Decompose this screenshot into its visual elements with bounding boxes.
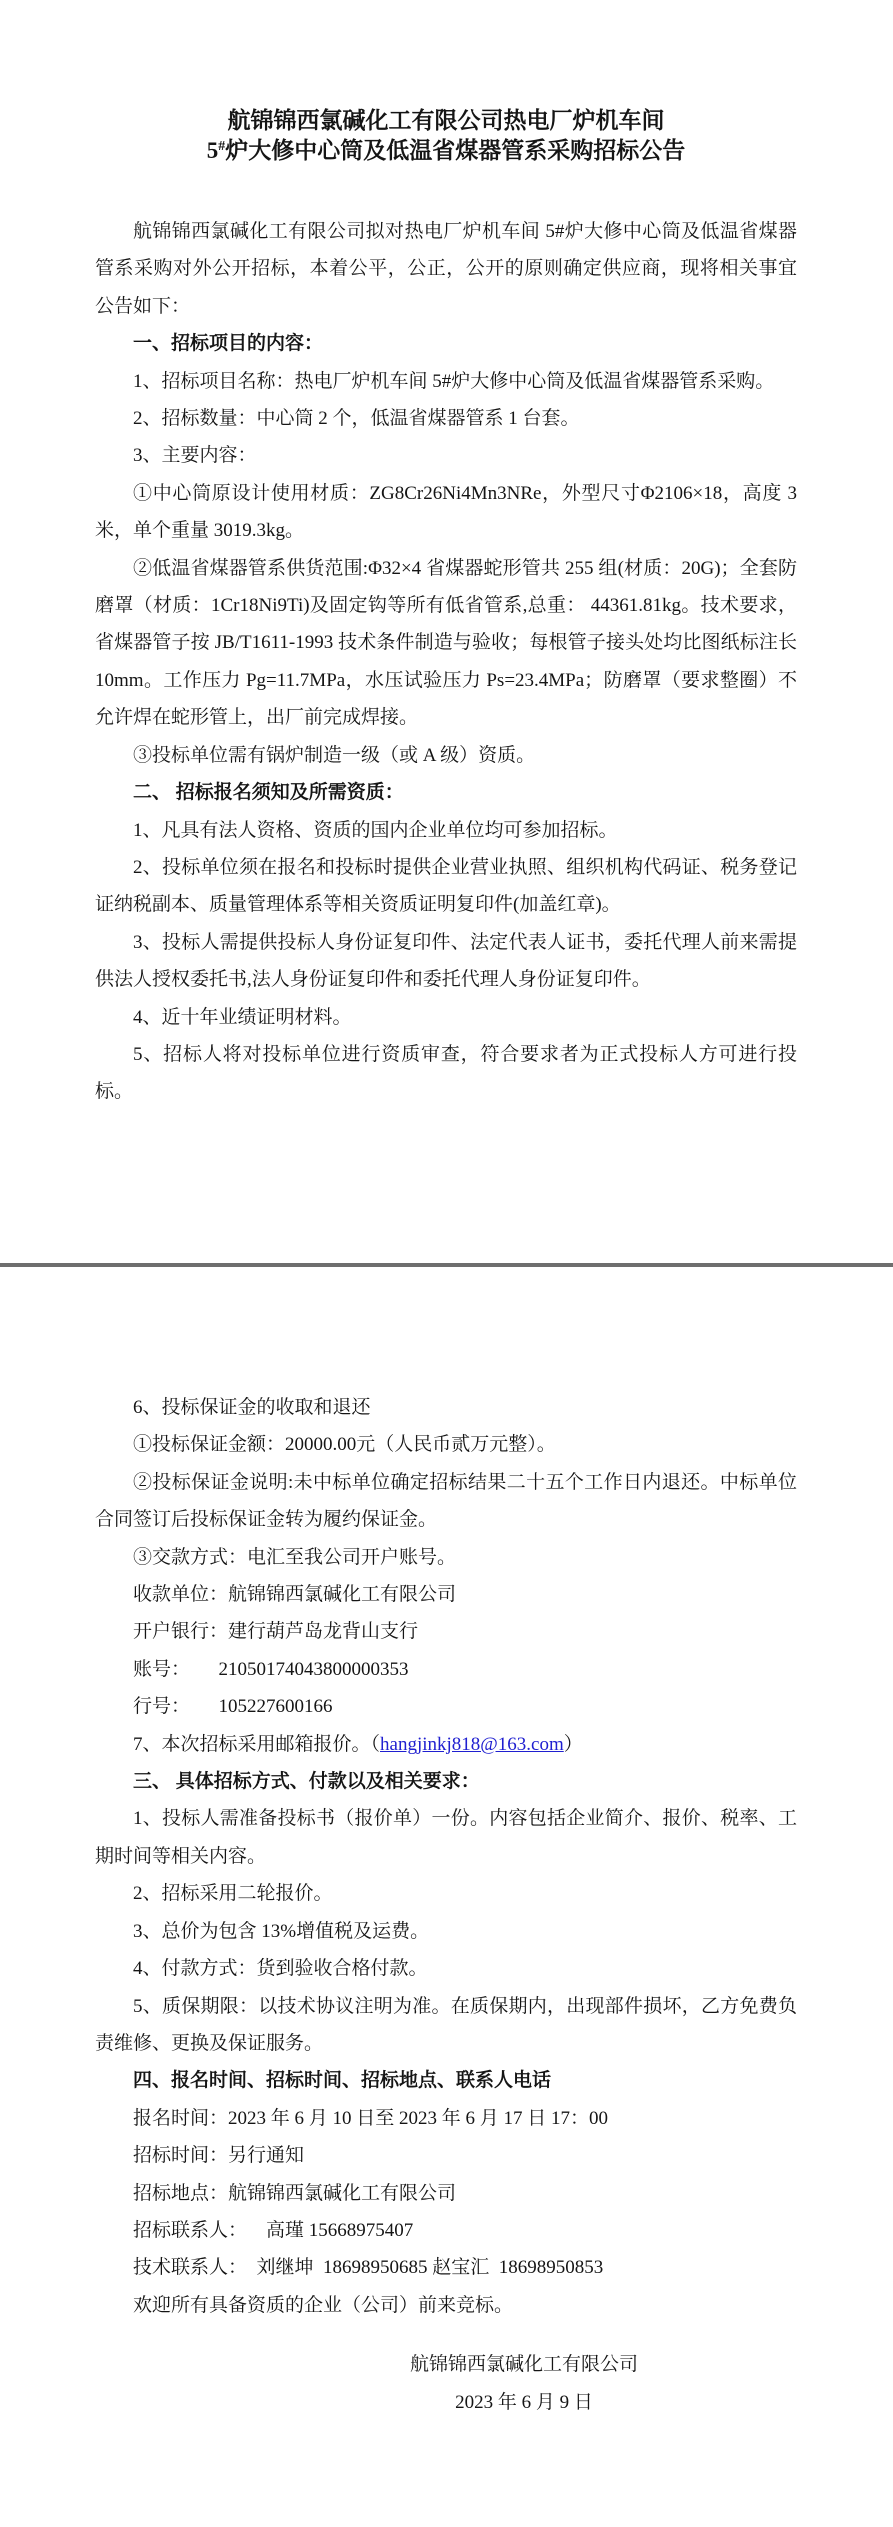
section-2-heading: 二、 招标报名须知及所需资质： <box>95 774 797 811</box>
welcome-line: 欢迎所有具备资质的企业（公司）前来竞标。 <box>95 2287 797 2324</box>
item-performance-proof: 4、近十年业绩证明材料。 <box>95 999 797 1036</box>
title-furnace-number: 5 <box>207 138 219 163</box>
title-hash-superscript: # <box>218 138 225 153</box>
signature-date: 2023 年 6 月 9 日 <box>251 2384 797 2421</box>
email-line-suffix: ） <box>564 1734 583 1755</box>
bank-account-line: 账号： 21050174043800000353 <box>95 1651 797 1688</box>
item-project-name: 1、招标项目名称：热电厂炉机车间 5#炉大修中心筒及低温省煤器管系采购。 <box>95 363 797 400</box>
item-bid-bond-terms: ②投标保证金说明:未中标单位确定招标结果二十五个工作日内退还。中标单位合同签订后… <box>95 1464 797 1539</box>
title-line-2-text: 炉大修中心筒及低温省煤器管系采购招标公告 <box>225 138 685 163</box>
section-1-heading: 一、招标项目的内容： <box>95 325 797 362</box>
section-4-heading: 四、报名时间、招标时间、招标地点、联系人电话 <box>95 2062 797 2099</box>
item-warranty: 5、质保期限：以技术协议注明为准。在质保期内，出现部件损坏，乙方免费负责维修、更… <box>95 1988 797 2063</box>
page-1: 航锦锦西氯碱化工有限公司热电厂炉机车间 5#炉大修中心筒及低温省煤器管系采购招标… <box>0 0 893 1263</box>
item-bid-quantity: 2、招标数量：中心筒 2 个，低温省煤器管系 1 台套。 <box>95 400 797 437</box>
item-eligibility: 1、凡具有法人资格、资质的国内企业单位均可参加招标。 <box>95 812 797 849</box>
section-3-heading: 三、 具体招标方式、付款以及相关要求： <box>95 1763 797 1800</box>
item-tax-freight: 3、总价为包含 13%增值税及运费。 <box>95 1913 797 1950</box>
page-2: 6、投标保证金的收取和退还 ①投标保证金额：20000.00元（人民币贰万元整）… <box>0 1267 893 2527</box>
item-qualification-review: 5、招标人将对投标单位进行资质审查，符合要求者为正式投标人方可进行投标。 <box>95 1036 797 1111</box>
bid-location-line: 招标地点：航锦锦西氯碱化工有限公司 <box>95 2175 797 2212</box>
bid-contact-line: 招标联系人： 高瑾 15668975407 <box>95 2212 797 2249</box>
item-center-cylinder-spec: ①中心筒原设计使用材质：ZG8Cr26Ni4Mn3NRe，外型尺寸Φ2106×1… <box>95 475 797 550</box>
signature-company: 航锦锦西氯碱化工有限公司 <box>251 2346 797 2383</box>
item-economizer-scope: ②低温省煤器管系供货范围:Φ32×4 省煤器蛇形管共 255 组(材质：20G)… <box>95 550 797 737</box>
technical-contact-line: 技术联系人： 刘继坤 18698950685 赵宝汇 18698950853 <box>95 2249 797 2286</box>
signature-block: 航锦锦西氯碱化工有限公司 2023 年 6 月 9 日 <box>95 2346 797 2421</box>
bid-time-line: 招标时间：另行通知 <box>95 2137 797 2174</box>
registration-time-line: 报名时间：2023 年 6 月 10 日至 2023 年 6 月 17 日 17… <box>95 2100 797 2137</box>
document-title-line-2: 5#炉大修中心筒及低温省煤器管系采购招标公告 <box>95 136 797 169</box>
bank-branch-code-line: 行号： 105227600166 <box>95 1688 797 1725</box>
email-line-prefix: 7、本次招标采用邮箱报价。（ <box>133 1734 380 1755</box>
item-bid-bond-heading: 6、投标保证金的收取和退还 <box>95 1389 797 1426</box>
item-boiler-qualification: ③投标单位需有锅炉制造一级（或 A 级）资质。 <box>95 737 797 774</box>
item-payment-terms: 4、付款方式：货到验收合格付款。 <box>95 1950 797 1987</box>
item-license-documents: 2、投标单位须在报名和投标时提供企业营业执照、组织机构代码证、税务登记证纳税副本… <box>95 849 797 924</box>
item-bid-bond-amount: ①投标保证金额：20000.00元（人民币贰万元整）。 <box>95 1426 797 1463</box>
payee-name-line: 收款单位：航锦锦西氯碱化工有限公司 <box>95 1576 797 1613</box>
tender-announcement-document: 航锦锦西氯碱化工有限公司热电厂炉机车间 5#炉大修中心筒及低温省煤器管系采购招标… <box>0 0 893 2527</box>
email-quote-line: 7、本次招标采用邮箱报价。（hangjinkj818@163.com） <box>95 1726 797 1763</box>
item-two-round-quote: 2、招标采用二轮报价。 <box>95 1875 797 1912</box>
document-title-line-1: 航锦锦西氯碱化工有限公司热电厂炉机车间 <box>95 106 797 136</box>
item-identity-documents: 3、投标人需提供投标人身份证复印件、法定代表人证书，委托代理人前来需提供法人授权… <box>95 924 797 999</box>
title-spacer <box>95 169 797 213</box>
item-bid-book: 1、投标人需准备投标书（报价单）一份。内容包括企业简介、报价、税率、工期时间等相… <box>95 1800 797 1875</box>
item-main-content: 3、主要内容： <box>95 437 797 474</box>
intro-paragraph: 航锦锦西氯碱化工有限公司拟对热电厂炉机车间 5#炉大修中心筒及低温省煤器管系采购… <box>95 213 797 325</box>
item-payment-method-wire: ③交款方式：电汇至我公司开户账号。 <box>95 1539 797 1576</box>
bank-name-line: 开户银行：建行葫芦岛龙背山支行 <box>95 1613 797 1650</box>
email-link[interactable]: hangjinkj818@163.com <box>380 1734 564 1755</box>
